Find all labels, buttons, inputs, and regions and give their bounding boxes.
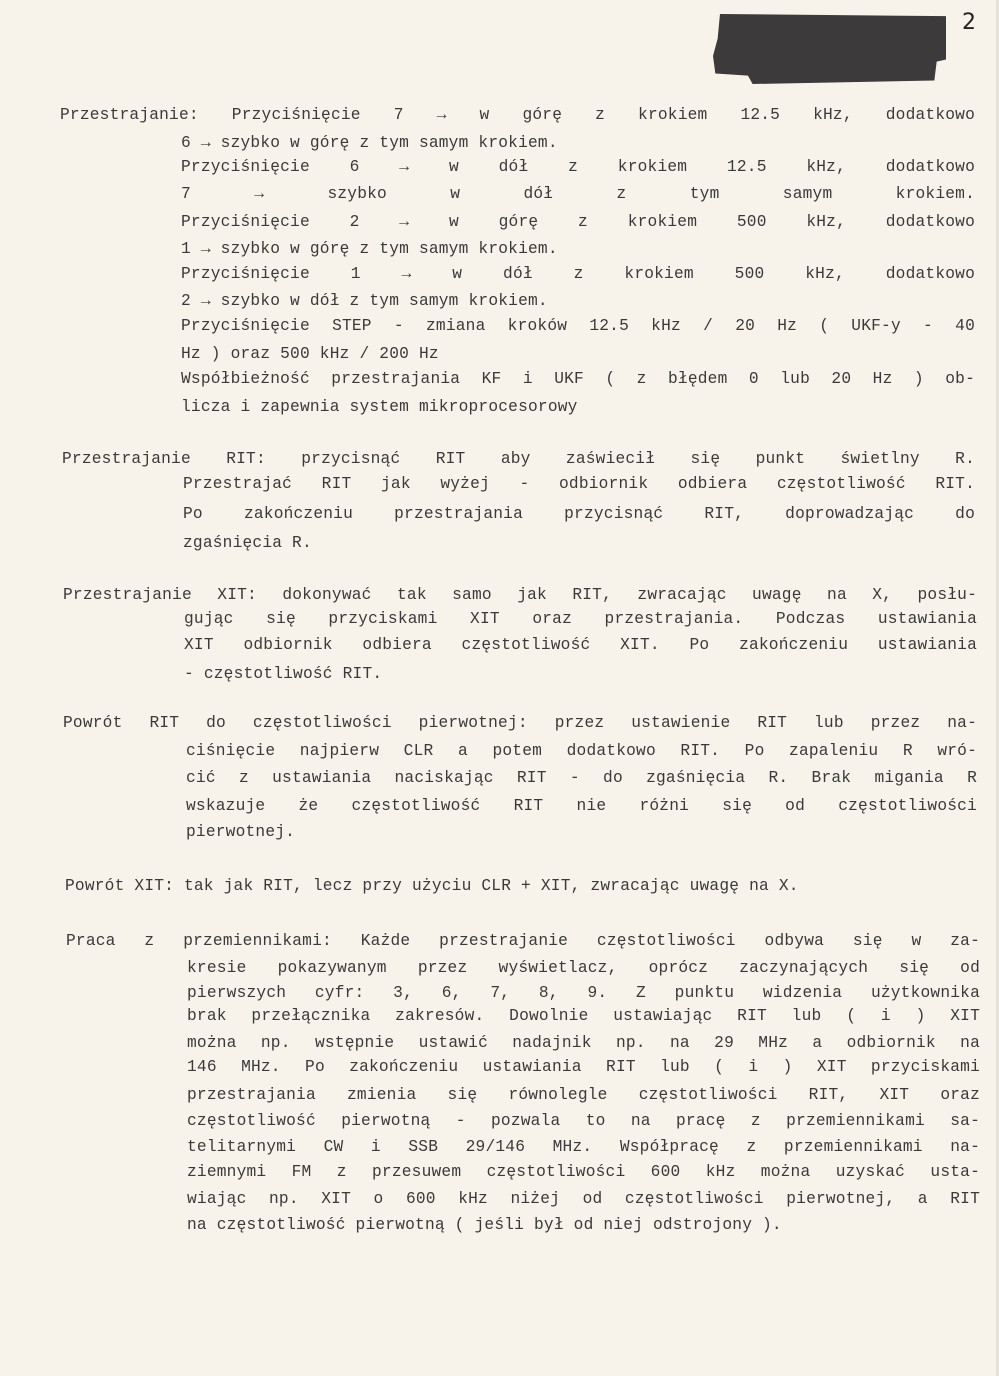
- text-line: zgaśnięcia R.: [183, 533, 312, 553]
- redaction-block: [713, 14, 946, 84]
- text-line: telitarnymi CW i SSB 29/146 MHz. Współpr…: [187, 1137, 980, 1157]
- text-line: Przestrajanie: Przyciśnięcie 7 → w górę …: [60, 105, 975, 125]
- text-line: 6 → szybko w górę z tym samym krokiem.: [181, 133, 558, 153]
- text-line: wskazuje że częstotliwość RIT nie różni …: [186, 796, 977, 816]
- text-line: Po zakończeniu przestrajania przycisnąć …: [183, 504, 975, 524]
- text-line: 1 → szybko w górę z tym samym krokiem.: [181, 239, 558, 259]
- text-line: pierwszych cyfr: 3, 6, 7, 8, 9. Z punktu…: [187, 983, 980, 1003]
- text-line: cić z ustawiania naciskając RIT - do zga…: [186, 768, 977, 788]
- text-line: Hz ) oraz 500 kHz / 200 Hz: [181, 344, 439, 364]
- text-line: XIT odbiornik odbiera częstotliwość XIT.…: [184, 635, 977, 655]
- text-line: przestrajania zmienia się równolegle czę…: [187, 1085, 980, 1105]
- text-line: Powrót XIT: tak jak RIT, lecz przy użyci…: [65, 876, 799, 896]
- text-line: Przyciśnięcie 2 → w górę z krokiem 500 k…: [181, 212, 975, 232]
- text-line: pierwotnej.: [186, 822, 295, 842]
- text-line: ciśnięcie najpierw CLR a potem dodatkowo…: [186, 741, 977, 761]
- text-line: Przyciśnięcie 6 → w dół z krokiem 12.5 k…: [181, 157, 975, 177]
- text-line: Praca z przemiennikami: Każde przestraja…: [66, 931, 980, 951]
- text-line: na częstotliwość pierwotną ( jeśli był o…: [187, 1215, 782, 1235]
- text-line: gując się przyciskami XIT oraz przestraj…: [184, 609, 977, 629]
- text-line: można np. wstępnie ustawić nadajnik np. …: [187, 1033, 980, 1053]
- text-line: Przestrajanie XIT: dokonywać tak samo ja…: [63, 585, 977, 605]
- text-line: licza i zapewnia system mikroprocesorowy: [181, 397, 578, 417]
- text-line: kresie pokazywanym przez wyświetlacz, op…: [187, 958, 980, 978]
- text-line: - częstotliwość RIT.: [184, 664, 382, 684]
- text-line: Przyciśnięcie STEP - zmiana kroków 12.5 …: [181, 316, 975, 336]
- text-line: Przestrajać RIT jak wyżej - odbiornik od…: [183, 474, 975, 494]
- text-line: brak przełącznika zakresów. Dowolnie ust…: [187, 1006, 980, 1026]
- text-line: Powrót RIT do częstotliwości pierwotnej:…: [63, 713, 977, 733]
- text-line: 2 → szybko w dół z tym samym krokiem.: [181, 291, 548, 311]
- page-number: 2: [962, 10, 976, 35]
- text-line: 7 → szybko w dół z tym samym krokiem.: [181, 184, 975, 204]
- text-line: Współbieżność przestrajania KF i UKF ( z…: [181, 369, 975, 389]
- text-line: wiając np. XIT o 600 kHz niżej od często…: [187, 1189, 980, 1209]
- text-line: Przyciśnięcie 1 → w dół z krokiem 500 kH…: [181, 264, 975, 284]
- text-line: częstotliwość pierwotną - pozwala to na …: [187, 1111, 980, 1131]
- text-line: ziemnymi FM z przesuwem częstotliwości 6…: [187, 1162, 980, 1182]
- text-line: Przestrajanie RIT: przycisnąć RIT aby za…: [62, 449, 975, 469]
- text-line: 146 MHz. Po zakończeniu ustawiania RIT l…: [187, 1057, 980, 1077]
